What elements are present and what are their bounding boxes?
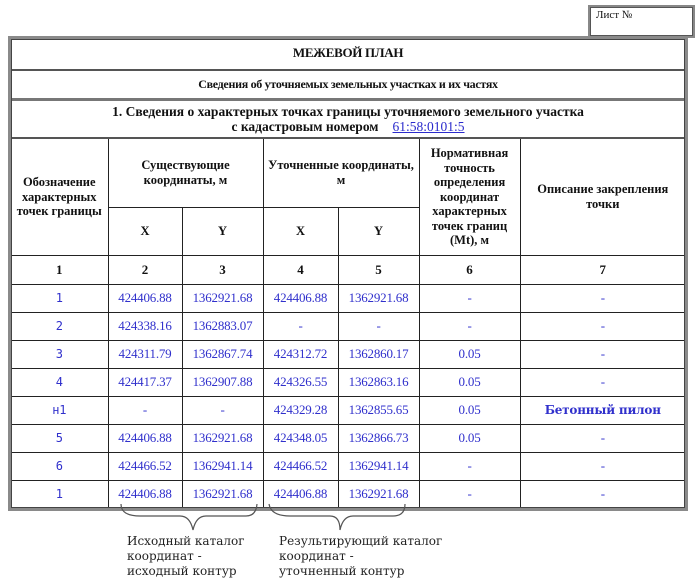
existing-y: 1362907.88 <box>182 368 263 396</box>
fixation-description: - <box>520 424 685 452</box>
sheet-number-box: Лист № <box>588 5 695 38</box>
existing-x: 424311.79 <box>108 340 182 368</box>
accuracy-mt: 0.05 <box>419 340 520 368</box>
header-accuracy: Нормативная точность определения координ… <box>419 139 520 255</box>
existing-y: 1362921.68 <box>182 284 263 312</box>
accuracy-mt: - <box>419 452 520 480</box>
header-point-designation: Обозначение характерных точек границы <box>11 139 108 255</box>
section-heading-line1: 1. Сведения о характерных точках границы… <box>11 104 685 119</box>
refined-y: 1362855.65 <box>338 396 419 424</box>
header-fixation: Описание закрепления точки <box>520 139 685 255</box>
fixation-description: - <box>520 312 685 340</box>
result-catalog-caption: Результирующий каталог координат - уточн… <box>279 534 442 579</box>
point-name: 2 <box>11 312 108 340</box>
refined-y: 1362941.14 <box>338 452 419 480</box>
column-number: 7 <box>520 255 685 284</box>
refined-x: - <box>263 312 338 340</box>
existing-x: 424466.52 <box>108 452 182 480</box>
header-refined-coords: Уточненные координаты, м <box>263 139 419 207</box>
header-existing-y: Y <box>182 207 263 255</box>
header-existing-coords: Существующие координаты, м <box>108 139 263 207</box>
points-table: Обозначение характерных точек границы Су… <box>11 139 685 508</box>
column-number: 5 <box>338 255 419 284</box>
refined-x: 424348.05 <box>263 424 338 452</box>
existing-x: 424406.88 <box>108 284 182 312</box>
refined-y: 1362921.68 <box>338 284 419 312</box>
fixation-description: - <box>520 340 685 368</box>
column-number-row: 1 2 3 4 5 6 7 <box>11 255 685 284</box>
caption-line: исходный контур <box>127 564 245 579</box>
accuracy-mt: 0.05 <box>419 424 520 452</box>
table-row: 6424466.521362941.14424466.521362941.14-… <box>11 452 685 480</box>
table-row: 1424406.881362921.68424406.881362921.68-… <box>11 284 685 312</box>
table-row: н1--424329.281362855.650.05Бетонный пило… <box>11 396 685 424</box>
refined-y: 1362860.17 <box>338 340 419 368</box>
header-refined-x: X <box>263 207 338 255</box>
accuracy-mt: - <box>419 284 520 312</box>
accuracy-mt: 0.05 <box>419 368 520 396</box>
existing-x: 424338.16 <box>108 312 182 340</box>
existing-y: 1362941.14 <box>182 452 263 480</box>
caption-line: координат - <box>127 549 245 564</box>
accuracy-mt: 0.05 <box>419 396 520 424</box>
fixation-description: - <box>520 452 685 480</box>
point-name: 1 <box>11 284 108 312</box>
point-name: 3 <box>11 340 108 368</box>
right-curly-brace-icon <box>269 504 405 530</box>
source-catalog-caption: Исходный каталог координат - исходный ко… <box>127 534 245 579</box>
column-number: 1 <box>11 255 108 284</box>
section-heading-line2: с кадастровым номером61:58:0101:5 <box>11 119 685 134</box>
refined-y: 1362866.73 <box>338 424 419 452</box>
header-refined-y: Y <box>338 207 419 255</box>
column-number: 3 <box>182 255 263 284</box>
caption-line: Результирующий каталог <box>279 534 442 549</box>
existing-y: 1362867.74 <box>182 340 263 368</box>
document-subtitle: Сведения об уточняемых земельных участка… <box>11 71 685 101</box>
column-number: 2 <box>108 255 182 284</box>
existing-x: 424417.37 <box>108 368 182 396</box>
cadastral-number-label: с кадастровым номером <box>231 119 378 134</box>
caption-line: координат - <box>279 549 442 564</box>
point-name: н1 <box>11 396 108 424</box>
refined-x: 424326.55 <box>263 368 338 396</box>
column-number: 6 <box>419 255 520 284</box>
table-row: 4424417.371362907.88424326.551362863.160… <box>11 368 685 396</box>
existing-y: 1362921.68 <box>182 424 263 452</box>
table-row: 3424311.791362867.74424312.721362860.170… <box>11 340 685 368</box>
column-number: 4 <box>263 255 338 284</box>
existing-x: - <box>108 396 182 424</box>
caption-line: уточненный контур <box>279 564 442 579</box>
refined-y: 1362863.16 <box>338 368 419 396</box>
accuracy-mt: - <box>419 312 520 340</box>
sheet-number-label: Лист № <box>596 9 632 21</box>
caption-line: Исходный каталог <box>127 534 245 549</box>
document-title: МЕЖЕВОЙ ПЛАН <box>11 39 685 71</box>
fixation-description: Бетонный пилон <box>520 396 685 424</box>
fixation-description: - <box>520 284 685 312</box>
point-name: 4 <box>11 368 108 396</box>
fixation-description: - <box>520 368 685 396</box>
existing-x: 424406.88 <box>108 424 182 452</box>
table-row: 2424338.161362883.07---- <box>11 312 685 340</box>
refined-y: - <box>338 312 419 340</box>
refined-x: 424329.28 <box>263 396 338 424</box>
table-row: 5424406.881362921.68424348.051362866.730… <box>11 424 685 452</box>
refined-x: 424466.52 <box>263 452 338 480</box>
left-curly-brace-icon <box>121 504 257 530</box>
point-name: 6 <box>11 452 108 480</box>
section-heading: 1. Сведения о характерных точках границы… <box>11 101 685 139</box>
header-existing-x: X <box>108 207 182 255</box>
point-name: 5 <box>11 424 108 452</box>
refined-x: 424406.88 <box>263 284 338 312</box>
refined-x: 424312.72 <box>263 340 338 368</box>
boundary-plan-form: МЕЖЕВОЙ ПЛАН Сведения об уточняемых земе… <box>8 36 688 511</box>
existing-y: 1362883.07 <box>182 312 263 340</box>
existing-y: - <box>182 396 263 424</box>
cadastral-number-link[interactable]: 61:58:0101:5 <box>393 119 465 134</box>
